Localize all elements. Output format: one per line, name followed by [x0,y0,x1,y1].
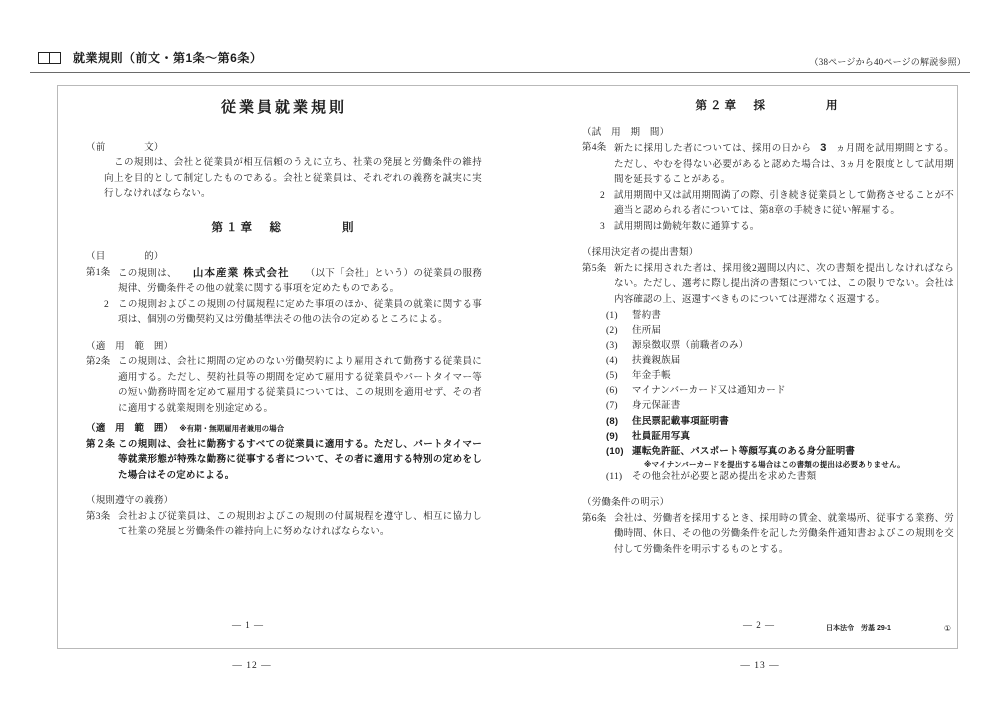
article-3-label: 第3条 [86,510,118,526]
book-page-number-right: — 13 — [725,661,795,671]
running-head-title: 就業規則（前文・第1条～第6条） [38,49,262,66]
article-4-pre: 新たに採用した者については、採用の日から [614,144,811,154]
article-4-para-2-label: 2 [600,189,614,220]
header-rule [30,72,970,73]
list-item: (2)住所届 [606,324,954,339]
article-5-text: 新たに採用された者は、採用後2週間以内に、次の書類を提出しなければならない。ただ… [614,262,954,309]
compliance-heading: （規則遵守の義務） [86,494,482,510]
article-5-label: 第5条 [582,262,614,278]
article-5: 第5条 新たに採用された者は、採用後2週間以内に、次の書類を提出しなければならな… [582,262,954,309]
chapter-2-heading: 第２章 採 用 [582,99,954,115]
article-1-para-2: 2 この規則およびこの規則の付属規程に定めた事項のほか、従業員の就業に関する事項… [104,298,482,329]
preamble-text: この規則は、会社と従業員が相互信頼のうえに立ち、社業の発展と労働条件の維持向上を… [104,156,482,203]
item-number: (8) [606,414,632,429]
scope-heading-alt-note: ※有期・無期雇用者兼用の場合 [179,424,284,433]
item-text: 誓約書 [632,309,661,324]
item-text: 年金手帳 [632,369,671,384]
item-text: 社員証用写真 [632,429,690,444]
item-number: (6) [606,384,632,399]
item-number: (11) [606,470,632,485]
scope-heading-alt-text: （適 用 範 囲） [86,423,173,434]
list-item: (10)運転免許証、パスポート等顔写真のある身分証明書 [606,444,954,459]
number-box-icon [49,52,61,64]
article-6-text: 会社は、労働者を採用するとき、採用時の賃金、就業場所、従事する業務、労働時間、休… [614,512,954,559]
article-2-alt-label: 第２条 [86,437,118,453]
article-6-label: 第6条 [582,512,614,528]
article-4: 第4条 新たに採用した者については、採用の日から3ヵ月間を試用期間とする。ただし… [582,141,954,189]
article-1-para-2-text: この規則およびこの規則の付属規程に定めた事項のほか、従業員の就業に関する事項は、… [118,298,482,329]
article-2-alt-text: この規則は、会社に勤務するすべての従業員に適用する。ただし、パートタイマー等就業… [118,437,482,484]
article-4-para-3-label: 3 [600,220,614,236]
item-text: 扶養親族届 [632,354,681,369]
article-2-text: この規則は、会社に期間の定めのない労働契約により雇用されて勤務する従業員に適用す… [118,355,482,417]
article-1-para-2-label: 2 [104,298,118,329]
form-page-1: 従業員就業規則 （前 文） この規則は、会社と従業員が相互信頼のうえに立ち、社業… [86,94,482,541]
article-3-text: 会社および従業員は、この規則およびこの規則の付属規程を遵守し、相互に協力して社業… [118,510,482,541]
publisher-text: 日本法令 労基 29-1 [826,623,891,633]
article-2: 第2条 この規則は、会社に期間の定めのない労働契約により雇用されて勤務する従業員… [86,355,482,417]
item-text: マイナンバーカード又は通知カード [632,384,786,399]
item-number: (9) [606,429,632,444]
article-4-label: 第4条 [582,141,614,157]
list-item: (1)誓約書 [606,309,954,324]
preamble-heading: （前 文） [86,141,482,157]
item-number: (1) [606,309,632,324]
article-1: 第1条 この規則は、山本産業 株式会社（以下「会社」という）の従業員の服務規律、… [86,266,482,298]
item-text: 住民票記載事項証明書 [632,414,729,429]
article-4-text: 新たに採用した者については、採用の日から3ヵ月間を試用期間とする。ただし、やむを… [614,141,954,189]
conditions-heading: （労働条件の明示） [582,496,954,512]
form-sheet: 従業員就業規則 （前 文） この規則は、会社と従業員が相互信頼のうえに立ち、社業… [57,85,958,649]
item-number: (4) [606,354,632,369]
running-head-reference: （38ページから40ページの解説参照） [810,55,966,68]
section-number-boxes-icon [38,52,61,64]
mynumber-note: ※マイナンバーカードを提出する場合はこの書類の提出は必要ありません。 [644,459,954,470]
form-page-1-number: — 1 — [213,620,283,630]
chapter-1-heading: 第１章 総 則 [86,221,482,237]
article-4-para-2-text: 試用期間中又は試用期間満了の際、引き続き従業員として勤務させることが不適当と認め… [614,189,954,220]
scope-heading-alt: （適 用 範 囲）※有期・無期雇用者兼用の場合 [86,421,482,437]
item-text: 住所届 [632,324,661,339]
article-1-text: この規則は、山本産業 株式会社（以下「会社」という）の従業員の服務規律、労働条件… [118,266,482,298]
item-text: その他会社が必要と認め提出を求めた書類 [632,470,816,485]
book-page-number-left: — 12 — [217,661,287,671]
sheet-number-badge: ① [944,624,951,633]
purpose-heading: （目 的） [86,250,482,266]
list-item: (8)住民票記載事項証明書 [606,414,954,429]
list-item: (6)マイナンバーカード又は通知カード [606,384,954,399]
form-page-2-number: — 2 — [724,620,794,630]
document-title: 従業員就業規則 [86,101,482,117]
item-number: (5) [606,369,632,384]
document-page: 就業規則（前文・第1条～第6条） （38ページから40ページの解説参照） 従業員… [0,0,1000,706]
item-text: 運転免許証、パスポート等顔写真のある身分証明書 [632,444,855,459]
list-item: (4)扶養親族届 [606,354,954,369]
item-number: (2) [606,324,632,339]
article-1-pre: この規則は、 [118,269,177,279]
article-4-para-2: 2 試用期間中又は試用期間満了の際、引き続き従業員として勤務させることが不適当と… [600,189,954,220]
publisher-label: 日本法令 労基 29-1 ① [826,623,951,633]
scope-heading: （適 用 範 囲） [86,340,482,356]
list-item: (3)源泉徴収票（前職者のみ） [606,339,954,354]
trial-period-heading: （試 用 期 間） [582,126,954,142]
list-item: (9)社員証用写真 [606,429,954,444]
list-item: (5)年金手帳 [606,369,954,384]
article-4-para-3-text: 試用期間は勤続年数に通算する。 [614,220,954,236]
article-2-alt: 第２条 この規則は、会社に勤務するすべての従業員に適用する。ただし、パートタイマ… [86,437,482,484]
list-item: (11)その他会社が必要と認め提出を求めた書類 [606,470,954,485]
form-page-2: 第２章 採 用 （試 用 期 間） 第4条 新たに採用した者については、採用の日… [582,94,954,558]
article-1-label: 第1条 [86,266,118,282]
article-4-para-3: 3 試用期間は勤続年数に通算する。 [600,220,954,236]
item-number: (10) [606,444,632,459]
item-number: (7) [606,399,632,414]
trial-months-fillin: 3 [811,142,835,154]
article-6: 第6条 会社は、労働者を採用するとき、採用時の賃金、就業場所、従事する業務、労働… [582,512,954,559]
list-item: (7)身元保証書 [606,399,954,414]
documents-heading: （採用決定者の提出書類） [582,246,954,262]
running-head-text: 就業規則（前文・第1条～第6条） [73,49,262,66]
item-number: (3) [606,339,632,354]
item-text: 身元保証書 [632,399,681,414]
document-list: (1)誓約書 (2)住所届 (3)源泉徴収票（前職者のみ） (4)扶養親族届 (… [582,309,954,485]
article-2-label: 第2条 [86,355,118,371]
article-1-post: （以下「会社」という） [306,269,414,279]
item-text: 源泉徴収票（前職者のみ） [632,339,748,354]
article-3: 第3条 会社および従業員は、この規則およびこの規則の付属規程を遵守し、相互に協力… [86,510,482,541]
company-name-fillin: 山本産業 株式会社 [177,267,306,279]
